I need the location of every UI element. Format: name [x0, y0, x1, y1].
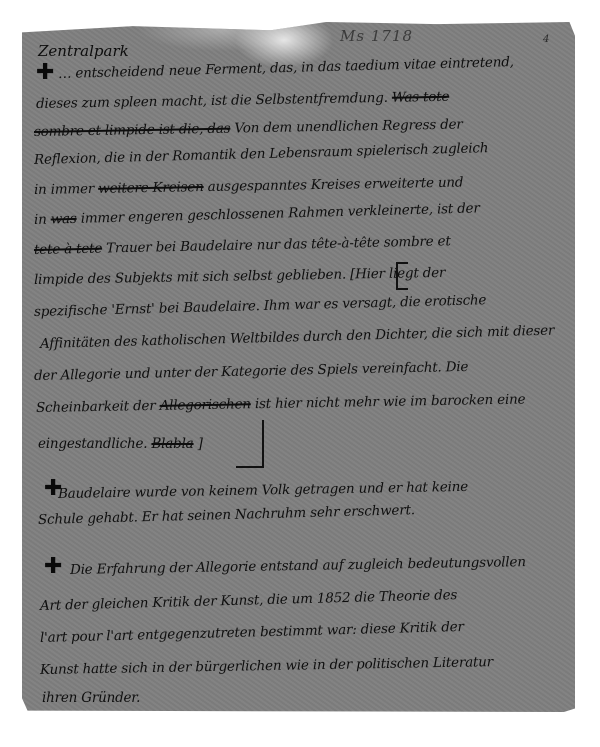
cross-mark-icon: ✚ [44, 554, 62, 579]
manuscript-line: eingestandliche. Blabla ] [38, 436, 203, 452]
page-number: 4 [543, 34, 549, 45]
insertion-bracket [396, 262, 408, 290]
insertion-line [236, 466, 264, 468]
manuscript-title: Zentralpark [38, 42, 129, 60]
manuscript-line: ihren Gründer. [42, 690, 140, 706]
insertion-line [262, 420, 264, 468]
shelfmark-stamp: Ms 1718 [340, 27, 413, 45]
cross-mark-icon: ✚ [36, 60, 54, 85]
